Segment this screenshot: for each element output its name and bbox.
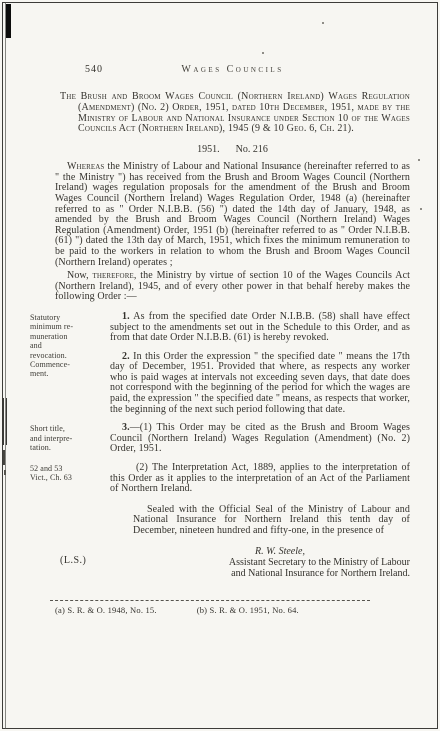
therefore-lead: therefore, [93,270,137,281]
preamble-text: the Ministry of Labour and National Insu… [55,161,410,267]
page-content: 540 Wages Councils The Brush and Broom W… [0,0,440,615]
seal-mark: (L.S.) [60,555,86,566]
preamble-section: Whereas the Ministry of Labour and Natio… [55,162,410,303]
footnotes-row: (a) S. R. & O. 1948, No. 15. (b) S. R. &… [55,605,410,615]
margin-note: Statutory minimum re- muneration and rev… [30,313,104,379]
article-number: 3. [122,422,130,433]
footnote-b: (b) S. R. & O. 1951, No. 64. [197,605,299,615]
article-text: (2) The Interpretation Act, 1889, applie… [110,462,410,494]
articles-section: Statutory minimum re- muneration and rev… [110,312,410,495]
article-row: 52 and 53 Vict., Ch. 63 (2) The Interpre… [110,463,410,495]
page-number: 540 [85,64,103,75]
sealing-clause: Sealed with the Official Seal of the Min… [133,505,410,537]
article-row: 2. In this Order the expression " the sp… [110,352,410,416]
order-reference: 1951.No. 216 [55,144,410,155]
article-row: Statutory minimum re- muneration and rev… [110,312,410,344]
order-year: 1951. [197,144,220,155]
footnote-rule [50,600,370,601]
preamble-pre: Now, [67,270,93,281]
article-paragraph: 3.—(1) This Order may be cited as the Br… [110,423,410,455]
preamble-paragraph: Whereas the Ministry of Labour and Natio… [55,162,410,268]
margin-note: Short title, and interpre- tation. [30,424,104,452]
order-title: The Brush and Broom Wages Council (North… [60,92,410,135]
article-number: 2. [122,351,130,362]
signature-name: R. W. Steele, [150,546,410,557]
article-paragraph: 1. As from the specified date Order N.I.… [110,312,410,344]
article-number: 1. [122,311,130,322]
running-header: Wages Councils [55,64,410,75]
margin-note: 52 and 53 Vict., Ch. 63 [30,464,104,483]
footnote-a: (a) S. R. & O. 1948, No. 15. [55,605,157,615]
article-row: Short title, and interpre- tation. 3.—(1… [110,423,410,455]
signature-title: Assistant Secretary to the Ministry of L… [110,557,410,579]
article-text: In this Order the expression " the speci… [110,351,410,415]
running-header-row: 540 Wages Councils [55,64,410,78]
signature-section: (L.S.) R. W. Steele, Assistant Secretary… [55,546,410,586]
order-number: No. 216 [236,144,268,155]
article-paragraph: 2. In this Order the expression " the sp… [110,352,410,416]
whereas-lead: Whereas [67,161,104,172]
article-text: As from the specified date Order N.I.B.B… [110,311,410,343]
article-text: —(1) This Order may be cited as the Brus… [110,422,410,454]
preamble-paragraph: Now, therefore, the Ministry by virtue o… [55,271,410,303]
article-paragraph: (2) The Interpretation Act, 1889, applie… [110,463,410,495]
document-page: 540 Wages Councils The Brush and Broom W… [0,0,440,731]
